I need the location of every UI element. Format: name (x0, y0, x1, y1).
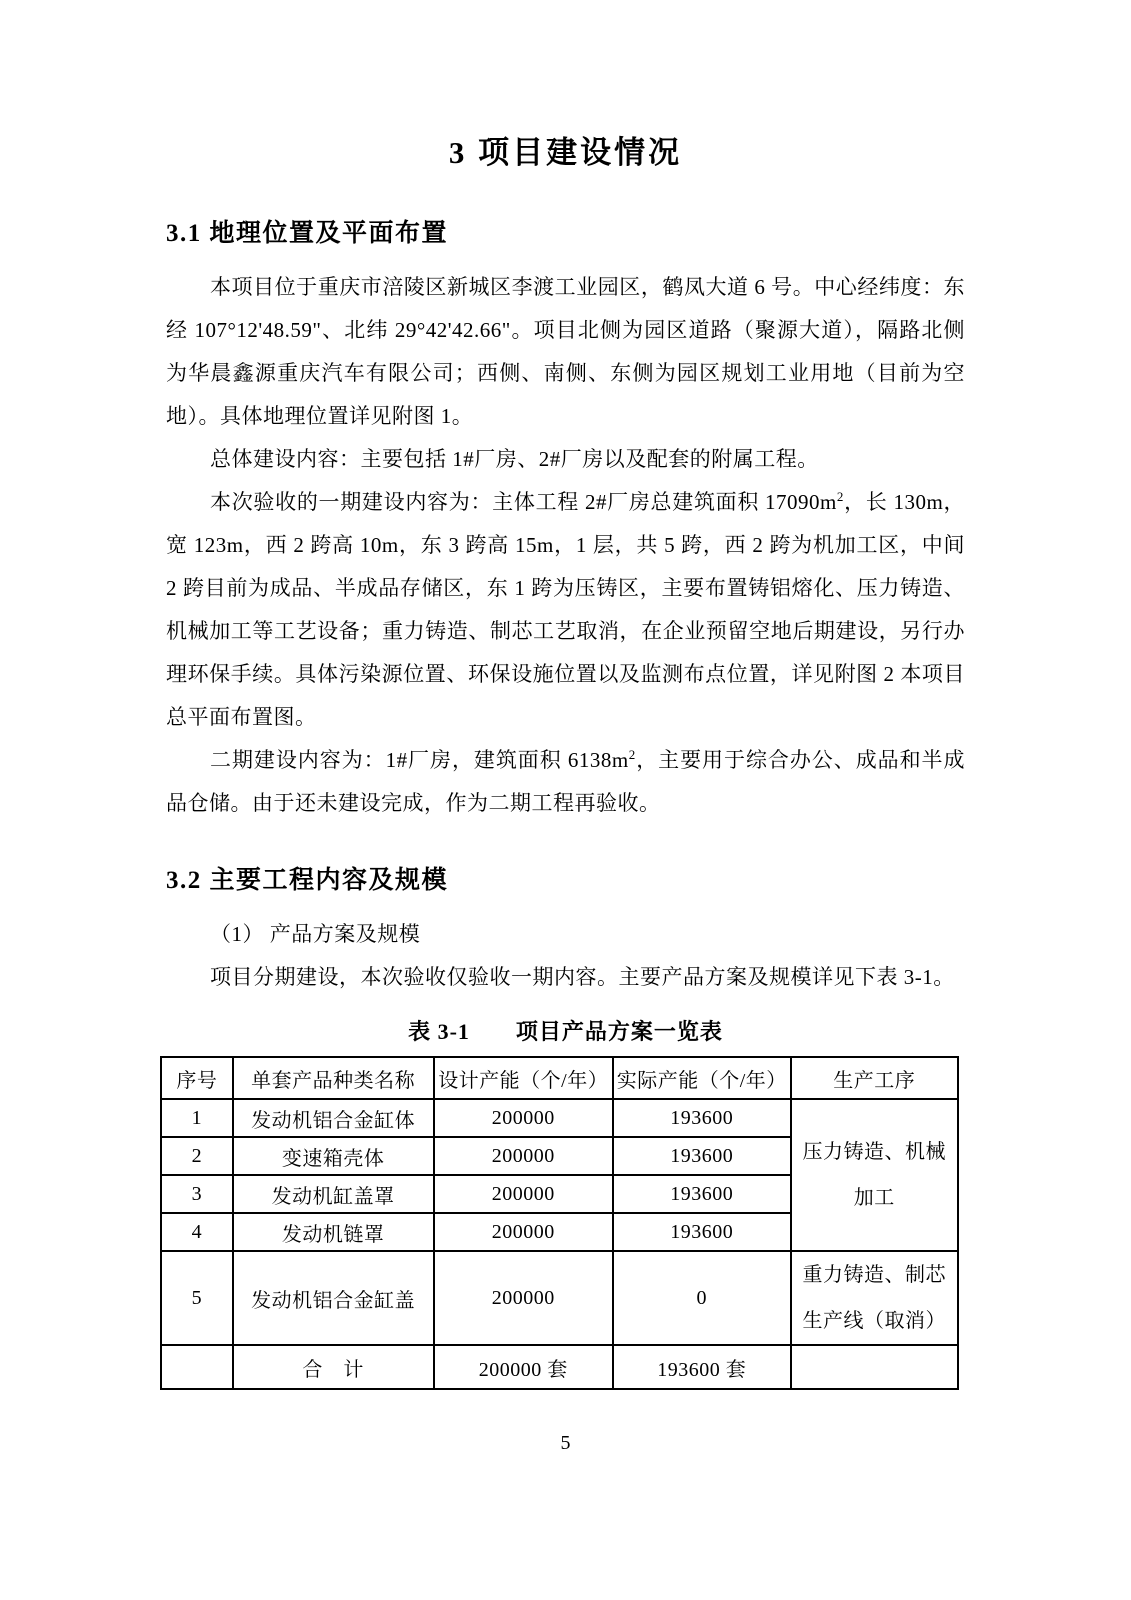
cell-actual-capacity: 193600 (613, 1137, 791, 1175)
cell-product-name: 发动机缸盖罩 (233, 1175, 434, 1213)
cell-actual-total: 193600 套 (613, 1345, 791, 1389)
section-heading-3-1: 3.1 地理位置及平面布置 (166, 218, 965, 250)
cell-product-name: 发动机铝合金缸体 (233, 1099, 434, 1137)
cell-actual-capacity: 193600 (613, 1099, 791, 1137)
table-caption-text: 项目产品方案一览表 (516, 1019, 723, 1044)
cell-product-name: 发动机铝合金缸盖 (233, 1251, 434, 1345)
cell-no: 2 (161, 1137, 233, 1175)
phase2-text-a: 二期建设内容为：1#厂房，建筑面积 6138m (210, 748, 629, 772)
product-table: 序号 单套产品种类名称 设计产能（个/年） 实际产能（个/年） 生产工序 1 发… (160, 1056, 959, 1390)
table-row: 1 发动机铝合金缸体 200000 193600 压力铸造、机械加工 (161, 1099, 958, 1137)
section-heading-3-2: 3.2 主要工程内容及规模 (166, 865, 965, 897)
cell-actual-capacity: 0 (613, 1251, 791, 1345)
cell-design-capacity: 200000 (434, 1213, 613, 1251)
paragraph-phased-construction: 项目分期建设，本次验收仅验收一期内容。主要产品方案及规模详见下表 3-1。 (166, 956, 965, 999)
superscript-2: 2 (837, 489, 844, 504)
table-caption: 表 3-1项目产品方案一览表 (166, 1015, 965, 1046)
cell-product-name: 变速箱壳体 (233, 1137, 434, 1175)
table-header-row: 序号 单套产品种类名称 设计产能（个/年） 实际产能（个/年） 生产工序 (161, 1057, 958, 1099)
cell-no (161, 1345, 233, 1389)
cell-no: 1 (161, 1099, 233, 1137)
header-cell-product-name: 单套产品种类名称 (233, 1057, 434, 1099)
page-title: 3 项目建设情况 (166, 134, 965, 172)
page-number: 5 (0, 1432, 1131, 1455)
header-cell-design-capacity: 设计产能（个/年） (434, 1057, 613, 1099)
phase1-text-a: 本次验收的一期建设内容为：主体工程 2#厂房总建筑面积 17090m (210, 490, 837, 514)
cell-no: 5 (161, 1251, 233, 1345)
phase1-text-b: ，长 130m，宽 123m，西 2 跨高 10m，东 3 跨高 15m，1 层… (166, 490, 965, 729)
paragraph-phase2-content: 二期建设内容为：1#厂房，建筑面积 6138m2，主要用于综合办公、成品和半成品… (166, 739, 965, 825)
paragraph-overall-content: 总体建设内容：主要包括 1#厂房、2#厂房以及配套的附属工程。 (166, 438, 965, 481)
paragraph-phase1-content: 本次验收的一期建设内容为：主体工程 2#厂房总建筑面积 17090m2，长 13… (166, 481, 965, 739)
cell-product-name: 发动机链罩 (233, 1213, 434, 1251)
cell-design-capacity: 200000 (434, 1137, 613, 1175)
header-cell-no: 序号 (161, 1057, 233, 1099)
cell-actual-capacity: 193600 (613, 1175, 791, 1213)
cell-total-label: 合 计 (233, 1345, 434, 1389)
cell-no: 3 (161, 1175, 233, 1213)
cell-design-total: 200000 套 (434, 1345, 613, 1389)
header-cell-actual-capacity: 实际产能（个/年） (613, 1057, 791, 1099)
paragraph-product-plan-label: （1） 产品方案及规模 (166, 913, 965, 956)
cell-design-capacity: 200000 (434, 1251, 613, 1345)
table-caption-label: 表 3-1 (408, 1019, 470, 1044)
superscript-2: 2 (629, 747, 636, 762)
cell-no: 4 (161, 1213, 233, 1251)
table-total-row: 合 计 200000 套 193600 套 (161, 1345, 958, 1389)
cell-design-capacity: 200000 (434, 1099, 613, 1137)
cell-process-merged: 压力铸造、机械加工 (791, 1099, 958, 1251)
table-row: 5 发动机铝合金缸盖 200000 0 重力铸造、制芯生产线（取消） (161, 1251, 958, 1345)
paragraph-location: 本项目位于重庆市涪陵区新城区李渡工业园区，鹤凤大道 6 号。中心经纬度：东经 1… (166, 266, 965, 438)
cell-actual-capacity: 193600 (613, 1213, 791, 1251)
header-cell-process: 生产工序 (791, 1057, 958, 1099)
cell-design-capacity: 200000 (434, 1175, 613, 1213)
cell-process-empty (791, 1345, 958, 1389)
document-page: 3 项目建设情况 3.1 地理位置及平面布置 本项目位于重庆市涪陵区新城区李渡工… (0, 0, 1131, 1600)
cell-process: 重力铸造、制芯生产线（取消） (791, 1251, 958, 1345)
